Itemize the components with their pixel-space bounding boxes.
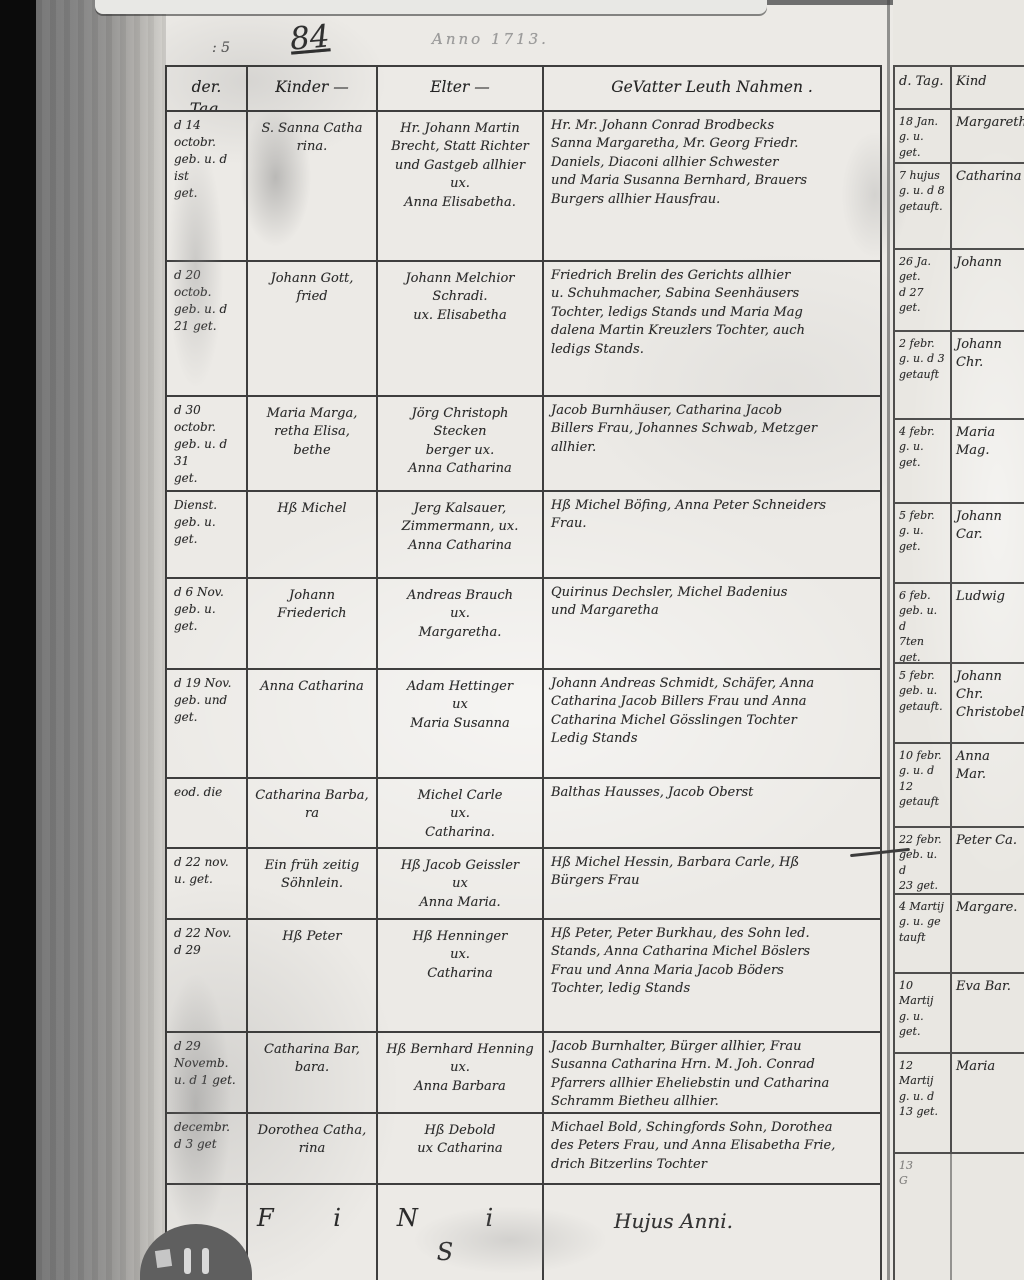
- child-name-cell: Eva Bar.: [952, 974, 1024, 1052]
- child-name-cell: Anna Catharina: [248, 670, 378, 777]
- finis-text-part1: F i: [248, 1185, 378, 1280]
- child-name-cell: Anna Mar.: [952, 744, 1024, 826]
- godparents-cell: Balthas Hausses, Jacob Oberst: [544, 779, 882, 847]
- blob-mark: [184, 1248, 191, 1274]
- child-name-cell: Johann Car.: [952, 504, 1024, 582]
- godparents-cell: Jacob Burnhäuser, Catharina Jacob Biller…: [544, 397, 882, 490]
- child-name-cell: [952, 1154, 1024, 1280]
- child-name-cell: Catharina Bar, bara.: [248, 1033, 378, 1112]
- record-row: d 19 Nov. geb. und get. Anna Catharina A…: [167, 670, 882, 779]
- right-record-row: 18 Jan. g. u. get. Margareth: [895, 110, 1024, 164]
- right-header-row: d. Tag. Kind: [895, 67, 1024, 110]
- parents-cell: Jörg Christoph Stecken berger ux. Anna C…: [378, 397, 544, 490]
- record-row: d 6 Nov. geb. u. get. Johann Friederich …: [167, 579, 882, 670]
- parents-cell: Michel Carle ux. Catharina.: [378, 779, 544, 847]
- date-cell: 22 febr. geb. u. d 23 get.: [895, 828, 952, 893]
- parents-cell: Andreas Brauch ux. Margaretha.: [378, 579, 544, 668]
- godparents-cell: Hr. Mr. Johann Conrad Brodbecks Sanna Ma…: [544, 112, 882, 260]
- child-name-cell: Johann Chr. Christobel: [952, 664, 1024, 742]
- column-header-child: Kinder —: [248, 67, 378, 110]
- main-record-table: der. Tag. Kinder — Elter — GeVatter Leut…: [165, 65, 882, 1280]
- scanned-register-page: : 5 84 Anno 1713. der. Tag. Kinder — Elt…: [0, 0, 1024, 1280]
- child-name-cell: Johann: [952, 250, 1024, 330]
- record-row: d 22 Nov. d 29 Hß Peter Hß Henninger ux.…: [167, 920, 882, 1033]
- godparents-cell: Jacob Burnhalter, Bürger allhier, Frau S…: [544, 1033, 882, 1112]
- date-cell: 10 febr. g. u. d 12 getauft: [895, 744, 952, 826]
- column-header-child: Kind: [952, 67, 1024, 108]
- date-cell: 12 Martij g. u. d 13 get.: [895, 1054, 952, 1152]
- date-cell: d 20 octob. geb. u. d 21 get.: [167, 262, 248, 395]
- child-name-cell: Johann Chr.: [952, 332, 1024, 418]
- date-cell: d 14 octobr. geb. u. d ist get.: [167, 112, 248, 260]
- parents-cell: Hr. Johann Martin Brecht, Statt Richter …: [378, 112, 544, 260]
- column-header-date: der. Tag.: [167, 67, 248, 110]
- godparents-cell: Quirinus Dechsler, Michel Badenius und M…: [544, 579, 882, 668]
- date-cell: 2 febr. g. u. d 3 getauft: [895, 332, 952, 418]
- scan-border-left: [0, 0, 36, 1280]
- page-number: 84: [289, 18, 331, 57]
- right-record-row: 26 Ja. get. d 27 get. Johann: [895, 250, 1024, 332]
- right-record-row: 5 febr. geb. u. getauft. Johann Chr. Chr…: [895, 664, 1024, 744]
- date-cell: d 19 Nov. geb. und get.: [167, 670, 248, 777]
- child-name-cell: Maria Marga, retha Elisa, bethe: [248, 397, 378, 490]
- right-record-row: 10 Martij g. u. get. Eva Bar.: [895, 974, 1024, 1054]
- margin-mark: : 5: [212, 40, 230, 56]
- child-name-cell: Dorothea Catha, rina: [248, 1114, 378, 1183]
- parents-cell: Jerg Kalsauer, Zimmermann, ux. Anna Cath…: [378, 492, 544, 577]
- record-row: d 20 octob. geb. u. d 21 get. Johann Got…: [167, 262, 882, 397]
- record-row: eod. die Catharina Barba, ra Michel Carl…: [167, 779, 882, 849]
- date-cell: d 22 Nov. d 29: [167, 920, 248, 1031]
- child-name-cell: Catharina: [952, 164, 1024, 248]
- parents-cell: Hß Jacob Geissler ux Anna Maria.: [378, 849, 544, 918]
- child-name-cell: Johann Gott, fried: [248, 262, 378, 395]
- anno-header: Anno 1713.: [432, 30, 549, 48]
- date-cell: d 29 Novemb. u. d 1 get.: [167, 1033, 248, 1112]
- child-name-cell: Ludwig: [952, 584, 1024, 662]
- date-cell: d 30 octobr. geb. u. d 31 get.: [167, 397, 248, 490]
- godparents-cell: Hß Michel Böfing, Anna Peter Schneiders …: [544, 492, 882, 577]
- godparents-cell: Johann Andreas Schmidt, Schäfer, Anna Ca…: [544, 670, 882, 777]
- right-record-row: 22 febr. geb. u. d 23 get. Peter Ca.: [895, 828, 1024, 895]
- right-record-row: 12 Martij g. u. d 13 get. Maria: [895, 1054, 1024, 1154]
- date-cell: 5 febr. g. u. get.: [895, 504, 952, 582]
- godparents-cell: Friedrich Brelin des Gerichts allhier u.…: [544, 262, 882, 395]
- blob-mark: [202, 1248, 209, 1274]
- parents-cell: Hß Debold ux Catharina: [378, 1114, 544, 1183]
- date-cell: 6 feb. geb. u. d 7ten get.: [895, 584, 952, 662]
- child-name-cell: S. Sanna Catha rina.: [248, 112, 378, 260]
- finis-row: F i N i S Hujus Anni.: [167, 1185, 882, 1280]
- child-name-cell: Johann Friederich: [248, 579, 378, 668]
- table-header-row: der. Tag. Kinder — Elter — GeVatter Leut…: [167, 67, 882, 112]
- torn-page-edge: [95, 0, 767, 14]
- record-row: decembr. d 3 get Dorothea Catha, rina Hß…: [167, 1114, 882, 1185]
- right-record-row: 5 febr. g. u. get. Johann Car.: [895, 504, 1024, 584]
- child-name-cell: Margare.: [952, 895, 1024, 972]
- date-cell: 13 G: [895, 1154, 952, 1280]
- child-name-cell: Ein früh zeitig Söhnlein.: [248, 849, 378, 918]
- date-cell: eod. die: [167, 779, 248, 847]
- right-record-row: 10 febr. g. u. d 12 getauft Anna Mar.: [895, 744, 1024, 828]
- right-record-row: 2 febr. g. u. d 3 getauft Johann Chr.: [895, 332, 1024, 420]
- column-header-parents: Elter —: [378, 67, 544, 110]
- date-cell: 5 febr. geb. u. getauft.: [895, 664, 952, 742]
- child-name-cell: Margareth: [952, 110, 1024, 162]
- finis-text-part2: N i S: [378, 1185, 544, 1280]
- child-name-cell: Hß Michel: [248, 492, 378, 577]
- right-record-row: 6 feb. geb. u. d 7ten get. Ludwig: [895, 584, 1024, 664]
- blob-mark: [155, 1249, 172, 1268]
- child-name-cell: Hß Peter: [248, 920, 378, 1031]
- right-page-table: d. Tag. Kind 18 Jan. g. u. get. Margaret…: [893, 65, 1024, 1280]
- date-cell: 26 Ja. get. d 27 get.: [895, 250, 952, 330]
- right-record-row: 4 Martij g. u. ge tauft Margare.: [895, 895, 1024, 974]
- date-cell: Dienst. geb. u. get.: [167, 492, 248, 577]
- record-row: Dienst. geb. u. get. Hß Michel Jerg Kals…: [167, 492, 882, 579]
- child-name-cell: Peter Ca.: [952, 828, 1024, 893]
- finis-text-part3: Hujus Anni.: [544, 1185, 882, 1280]
- date-cell: decembr. d 3 get: [167, 1114, 248, 1183]
- parents-cell: Adam Hettinger ux Maria Susanna: [378, 670, 544, 777]
- parents-cell: Hß Henninger ux. Catharina: [378, 920, 544, 1031]
- page-edge-line: [887, 0, 890, 1280]
- record-row: d 22 nov. u. get. Ein früh zeitig Söhnle…: [167, 849, 882, 920]
- right-record-row: 13 G: [895, 1154, 1024, 1280]
- column-header-godparents: GeVatter Leuth Nahmen .: [544, 67, 882, 110]
- date-cell: 7 hujus g. u. d 8 getauft.: [895, 164, 952, 248]
- date-cell: 4 febr. g. u. get.: [895, 420, 952, 502]
- record-row: d 29 Novemb. u. d 1 get. Catharina Bar, …: [167, 1033, 882, 1114]
- date-cell: 4 Martij g. u. ge tauft: [895, 895, 952, 972]
- right-record-row: 4 febr. g. u. get. Maria Mag.: [895, 420, 1024, 504]
- date-cell: 18 Jan. g. u. get.: [895, 110, 952, 162]
- child-name-cell: Maria: [952, 1054, 1024, 1152]
- record-row: d 30 octobr. geb. u. d 31 get. Maria Mar…: [167, 397, 882, 492]
- godparents-cell: Michael Bold, Schingfords Sohn, Dorothea…: [544, 1114, 882, 1183]
- date-cell: d 6 Nov. geb. u. get.: [167, 579, 248, 668]
- child-name-cell: Catharina Barba, ra: [248, 779, 378, 847]
- child-name-cell: Maria Mag.: [952, 420, 1024, 502]
- godparents-cell: Hß Peter, Peter Burkhau, des Sohn led. S…: [544, 920, 882, 1031]
- record-row: d 14 octobr. geb. u. d ist get. S. Sanna…: [167, 112, 882, 262]
- right-record-row: 7 hujus g. u. d 8 getauft. Catharina: [895, 164, 1024, 250]
- column-header-date: d. Tag.: [895, 67, 952, 108]
- parents-cell: Johann Melchior Schradi. ux. Elisabetha: [378, 262, 544, 395]
- date-cell: 10 Martij g. u. get.: [895, 974, 952, 1052]
- godparents-cell: Hß Michel Hessin, Barbara Carle, Hß Bürg…: [544, 849, 882, 918]
- date-cell: d 22 nov. u. get.: [167, 849, 248, 918]
- parents-cell: Hß Bernhard Henning ux. Anna Barbara: [378, 1033, 544, 1112]
- book-gutter-shadow: [36, 0, 166, 1280]
